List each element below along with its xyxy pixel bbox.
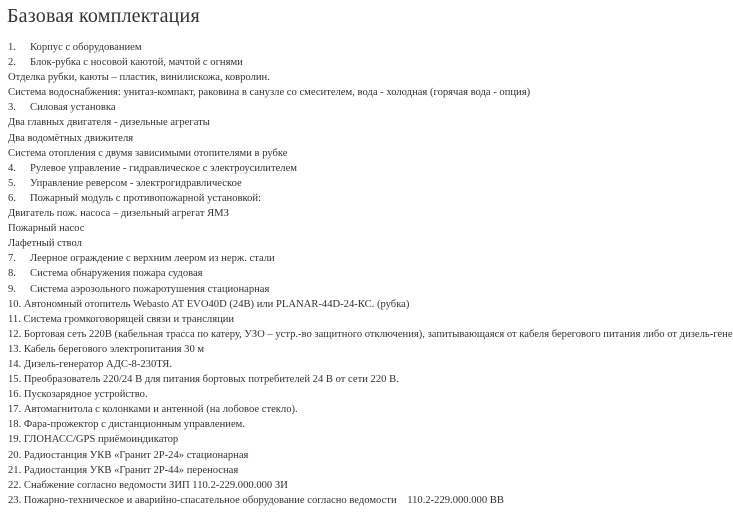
list-item-text: 13. Кабель берегового электропитания 30 … — [8, 344, 204, 355]
list-item: 5.Управление реверсом - электрогидравлич… — [8, 176, 733, 191]
list-item-text: Рулевое управление - гидравлическое с эл… — [30, 163, 297, 174]
list-item: 15. Преобразователь 220/24 В для питания… — [8, 372, 733, 387]
list-item: 20. Радиостанция УКВ «Гранит 2Р-24» стац… — [8, 448, 733, 463]
list-item-text: 22. Снабжение согласно ведомости ЗИП 110… — [8, 480, 288, 491]
list-item: 21. Радиостанция УКВ «Гранит 2Р-44» пере… — [8, 463, 733, 478]
list-item: Система отопления с двумя зависимыми ото… — [8, 146, 733, 161]
list-item-number: 9. — [8, 282, 30, 297]
list-item-text: Два водомётных движителя — [8, 133, 133, 144]
list-item-text: Пожарный модуль с противопожарной устано… — [30, 193, 261, 204]
list-item-number: 8. — [8, 266, 30, 281]
list-item: 9.Система аэрозольного пожаротушения ста… — [8, 282, 733, 297]
list-item: 1.Корпус с оборудованием — [8, 40, 733, 55]
list-item: 12. Бортовая сеть 220В (кабельная трасса… — [8, 327, 733, 342]
list-item-number: 3. — [8, 100, 30, 115]
list-item: 17. Автомагнитола с колонками и антенной… — [8, 402, 733, 417]
list-item: Двигатель пож. насоса – дизельный агрега… — [8, 206, 733, 221]
list-item: Лафетный ствол — [8, 236, 733, 251]
list-item-text: Двигатель пож. насоса – дизельный агрега… — [8, 208, 229, 219]
page-title: Базовая комплектация — [7, 4, 200, 28]
list-item: 13. Кабель берегового электропитания 30 … — [8, 342, 733, 357]
list-item: Пожарный насос — [8, 221, 733, 236]
list-item: 19. ГЛОНАСС/GPS приёмоиндикатор — [8, 432, 733, 447]
list-item-text: 12. Бортовая сеть 220В (кабельная трасса… — [8, 329, 733, 340]
list-item: 11. Система громкоговорящей связи и тран… — [8, 312, 733, 327]
list-item-number: 4. — [8, 161, 30, 176]
list-item-text: 19. ГЛОНАСС/GPS приёмоиндикатор — [8, 434, 178, 445]
list-item: Два главных двигателя - дизельные агрега… — [8, 115, 733, 130]
list-item: 18. Фара-прожектор с дистанционным управ… — [8, 417, 733, 432]
list-item-text: 21. Радиостанция УКВ «Гранит 2Р-44» пере… — [8, 465, 238, 476]
list-item-text: Силовая установка — [30, 102, 116, 113]
list-item: 14. Дизель-генератор АДС-8-230ТЯ. — [8, 357, 733, 372]
list-item-text: 20. Радиостанция УКВ «Гранит 2Р-24» стац… — [8, 450, 248, 461]
list-item: 23. Пожарно-техническое и аварийно-спаса… — [8, 493, 733, 508]
list-item: 2.Блок-рубка с носовой каютой, мачтой с … — [8, 55, 733, 70]
list-item: 8.Система обнаружения пожара судовая — [8, 266, 733, 281]
list-item-number: 2. — [8, 55, 30, 70]
list-item: 10. Автономный отопитель Webasto AT EVO4… — [8, 297, 733, 312]
equipment-list: 1.Корпус с оборудованием2.Блок-рубка с н… — [8, 40, 733, 508]
list-item: 4.Рулевое управление - гидравлическое с … — [8, 161, 733, 176]
list-item-text: 11. Система громкоговорящей связи и тран… — [8, 314, 234, 325]
list-item-text: Система обнаружения пожара судовая — [30, 268, 203, 279]
list-item-text: 15. Преобразователь 220/24 В для питания… — [8, 374, 399, 385]
list-item-text: Пожарный насос — [8, 223, 84, 234]
list-item-number: 6. — [8, 191, 30, 206]
list-item-text: 23. Пожарно-техническое и аварийно-спаса… — [8, 495, 504, 506]
list-item-text: Управление реверсом - электрогидравличес… — [30, 178, 242, 189]
list-item-text: Система отопления с двумя зависимыми ото… — [8, 148, 287, 159]
list-item: 22. Снабжение согласно ведомости ЗИП 110… — [8, 478, 733, 493]
list-item-text: Система аэрозольного пожаротушения стаци… — [30, 284, 269, 295]
list-item: 16. Пускозарядное устройство. — [8, 387, 733, 402]
list-item-text: 17. Автомагнитола с колонками и антенной… — [8, 404, 298, 415]
list-item-text: Леерное ограждение с верхним леером из н… — [30, 253, 275, 264]
list-item-number: 5. — [8, 176, 30, 191]
list-item-text: 18. Фара-прожектор с дистанционным управ… — [8, 419, 245, 430]
list-item: 6.Пожарный модуль с противопожарной уста… — [8, 191, 733, 206]
list-item: Отделка рубки, каюты – пластик, винилиск… — [8, 70, 733, 85]
list-item-text: Корпус с оборудованием — [30, 42, 142, 53]
list-item: Два водомётных движителя — [8, 131, 733, 146]
list-item-text: Два главных двигателя - дизельные агрега… — [8, 117, 210, 128]
list-item-text: Отделка рубки, каюты – пластик, винилиск… — [8, 72, 270, 83]
list-item: 3.Силовая установка — [8, 100, 733, 115]
list-item-text: 16. Пускозарядное устройство. — [8, 389, 148, 400]
list-item-number: 1. — [8, 40, 30, 55]
list-item: Система водоснабжения: унитаз-компакт, р… — [8, 85, 733, 100]
list-item: 7.Леерное ограждение с верхним леером из… — [8, 251, 733, 266]
list-item-text: 10. Автономный отопитель Webasto AT EVO4… — [8, 299, 409, 310]
list-item-text: Система водоснабжения: унитаз-компакт, р… — [8, 87, 530, 98]
list-item-number: 7. — [8, 251, 30, 266]
list-item-text: Лафетный ствол — [8, 238, 82, 249]
list-item-text: Блок-рубка с носовой каютой, мачтой с ог… — [30, 57, 243, 68]
list-item-text: 14. Дизель-генератор АДС-8-230ТЯ. — [8, 359, 172, 370]
